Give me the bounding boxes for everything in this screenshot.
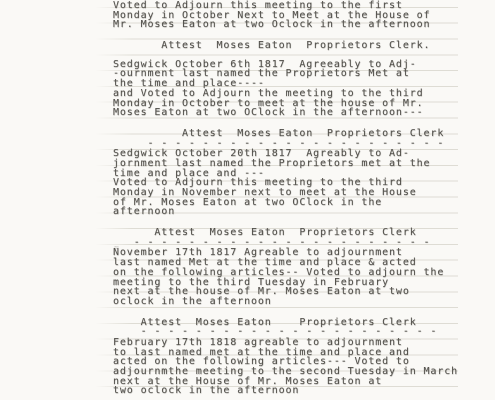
typed-line: oclock in the afternoon <box>113 297 458 307</box>
typed-line: Mr. Moses Eaton at two Oclock in the aft… <box>113 20 458 30</box>
dash-separator: - - - - - - - - - - - - - - - - - - - - … <box>113 327 458 337</box>
record-paragraph: Sedgwick October 6th 1817 Agreeably to A… <box>113 60 458 118</box>
record-paragraph: Sedgwick October 20th 1817 Agreably to A… <box>113 149 458 217</box>
dash-separator: - - - - - - - - - - - - - - - - - - - - … <box>113 139 458 149</box>
typed-line: Moses Eaton at two OClock in the afterno… <box>113 108 458 118</box>
typed-line: two oclock in the afternoon <box>113 386 458 396</box>
record-paragraph: November 17th 1817 Agreable to adjournme… <box>113 248 458 306</box>
typed-line: afternoon <box>113 207 458 217</box>
typed-line: - - - - - - - - - - - - - - - - - - - - … <box>113 327 458 337</box>
typed-line: Attest Moses Eaton Proprietors Clerk. <box>113 41 458 51</box>
typed-line: - - - - - - - - - - - - - - - - - - - - … <box>113 238 458 248</box>
typed-line: - - - - - - - - - - - - - - - - - - - - … <box>113 139 458 149</box>
record-paragraph: Voted to Adjourn this meeting to the fir… <box>113 1 458 30</box>
attest-signature-line: Attest Moses Eaton Proprietors Clerk. <box>113 41 458 51</box>
typewritten-text: Voted to Adjourn this meeting to the fir… <box>113 1 458 396</box>
record-paragraph: February 17th 1818 agreable to adjournme… <box>113 338 458 396</box>
dash-separator: - - - - - - - - - - - - - - - - - - - - … <box>113 238 458 248</box>
scanned-ledger-page: ≈ Voted to Adjourn this meeting to the f… <box>0 0 495 400</box>
